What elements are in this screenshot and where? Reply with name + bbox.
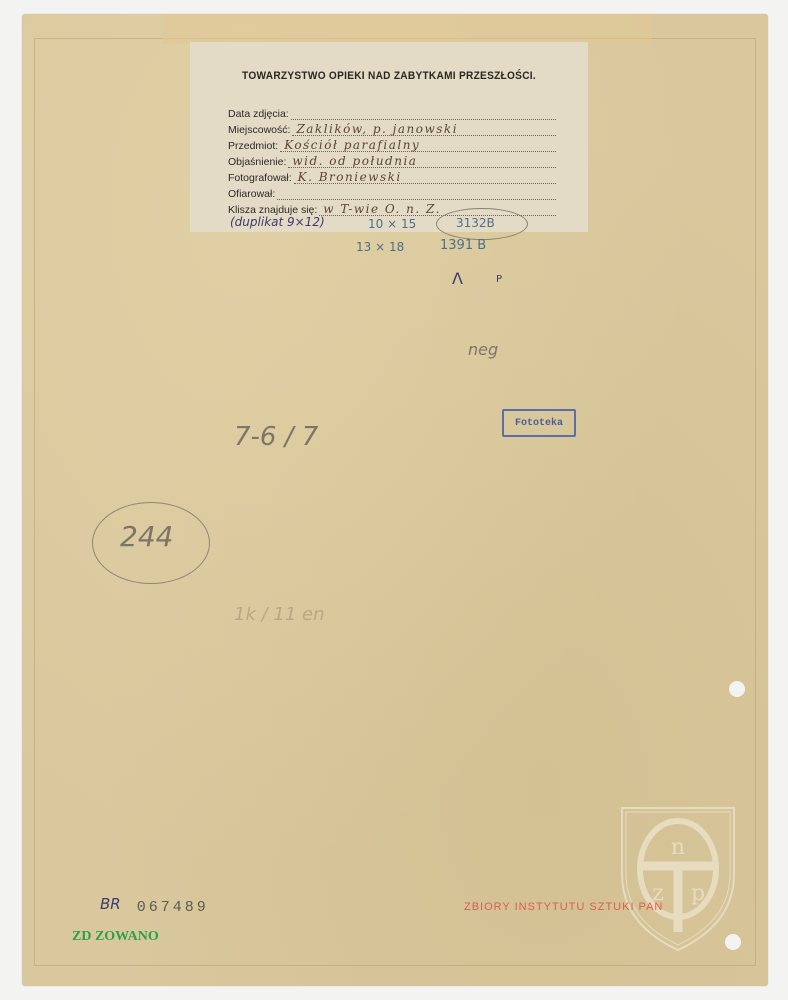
field-label: Miejscowość: [228, 124, 292, 136]
digitized-stamp: ZD ZOWANO [72, 929, 159, 945]
field-label: Objaśnienie: [228, 156, 288, 168]
field-label: Ofiarował: [228, 188, 277, 200]
field-place: Miejscowość: Zaklików, p. janowski [228, 120, 556, 136]
field-value: w T-wie O. n. Z. [323, 202, 441, 216]
society-label: TOWARZYSTWO OPIEKI NAD ZABYTKAMI PRZESZŁ… [190, 42, 588, 232]
fototeka-stamp-text: Fototeka [515, 418, 563, 429]
svg-text:p: p [691, 881, 705, 906]
negative-number-1: 3132B [456, 216, 495, 230]
negative-number-2: 1391 B [440, 238, 486, 253]
field-value: Zaklików, p. janowski [296, 122, 458, 136]
folio-number: 7-6 / 7 [234, 422, 318, 452]
field-photographer: Fotografował: K. Broniewski [228, 168, 556, 184]
neg-note: neg [468, 340, 498, 359]
mark-p: P [496, 274, 502, 285]
shield-emblem-watermark: n z p [618, 804, 738, 954]
field-label: Fotografował: [228, 172, 294, 184]
mark-lambda: Λ [452, 269, 463, 288]
adhesive-tape [162, 14, 652, 44]
field-value: K. Broniewski [298, 170, 402, 184]
field-value: wid. od południa [292, 154, 417, 168]
field-label: Przedmiot: [228, 140, 280, 152]
circled-number: 244 [120, 520, 173, 553]
size-note-2: 13 × 18 [356, 240, 404, 254]
field-explanation: Objaśnienie: wid. od południa [228, 152, 556, 168]
field-value: Kościół parafialny [284, 138, 420, 152]
duplicate-note: (duplikat 9×12) [230, 215, 325, 229]
field-donor: Ofiarował: [228, 184, 556, 200]
svg-text:n: n [671, 835, 685, 860]
field-label: Data zdjęcia: [228, 108, 291, 120]
inventory-number: BR067489 [144, 897, 249, 916]
punch-hole-lower [725, 934, 741, 950]
field-date: Data zdjęcia: [228, 104, 556, 120]
size-note-1: 10 × 15 [368, 217, 416, 231]
institution-stamp: ZBIORY INSTYTUTU SZTUKI PAN [464, 901, 663, 913]
archival-card: TOWARZYSTWO OPIEKI NAD ZABYTKAMI PRZESZŁ… [22, 14, 768, 986]
fototeka-stamp: Fototeka [502, 409, 576, 437]
field-subject: Przedmiot: Kościół parafialny [228, 136, 556, 152]
faint-pencil-note: 1k / 11 en [234, 604, 325, 625]
inventory-digits: 067489 [137, 899, 209, 916]
punch-hole-upper [729, 681, 745, 697]
label-title: TOWARZYSTWO OPIEKI NAD ZABYTKAMI PRZESZŁ… [206, 70, 572, 82]
inventory-prefix: BR [100, 895, 121, 913]
